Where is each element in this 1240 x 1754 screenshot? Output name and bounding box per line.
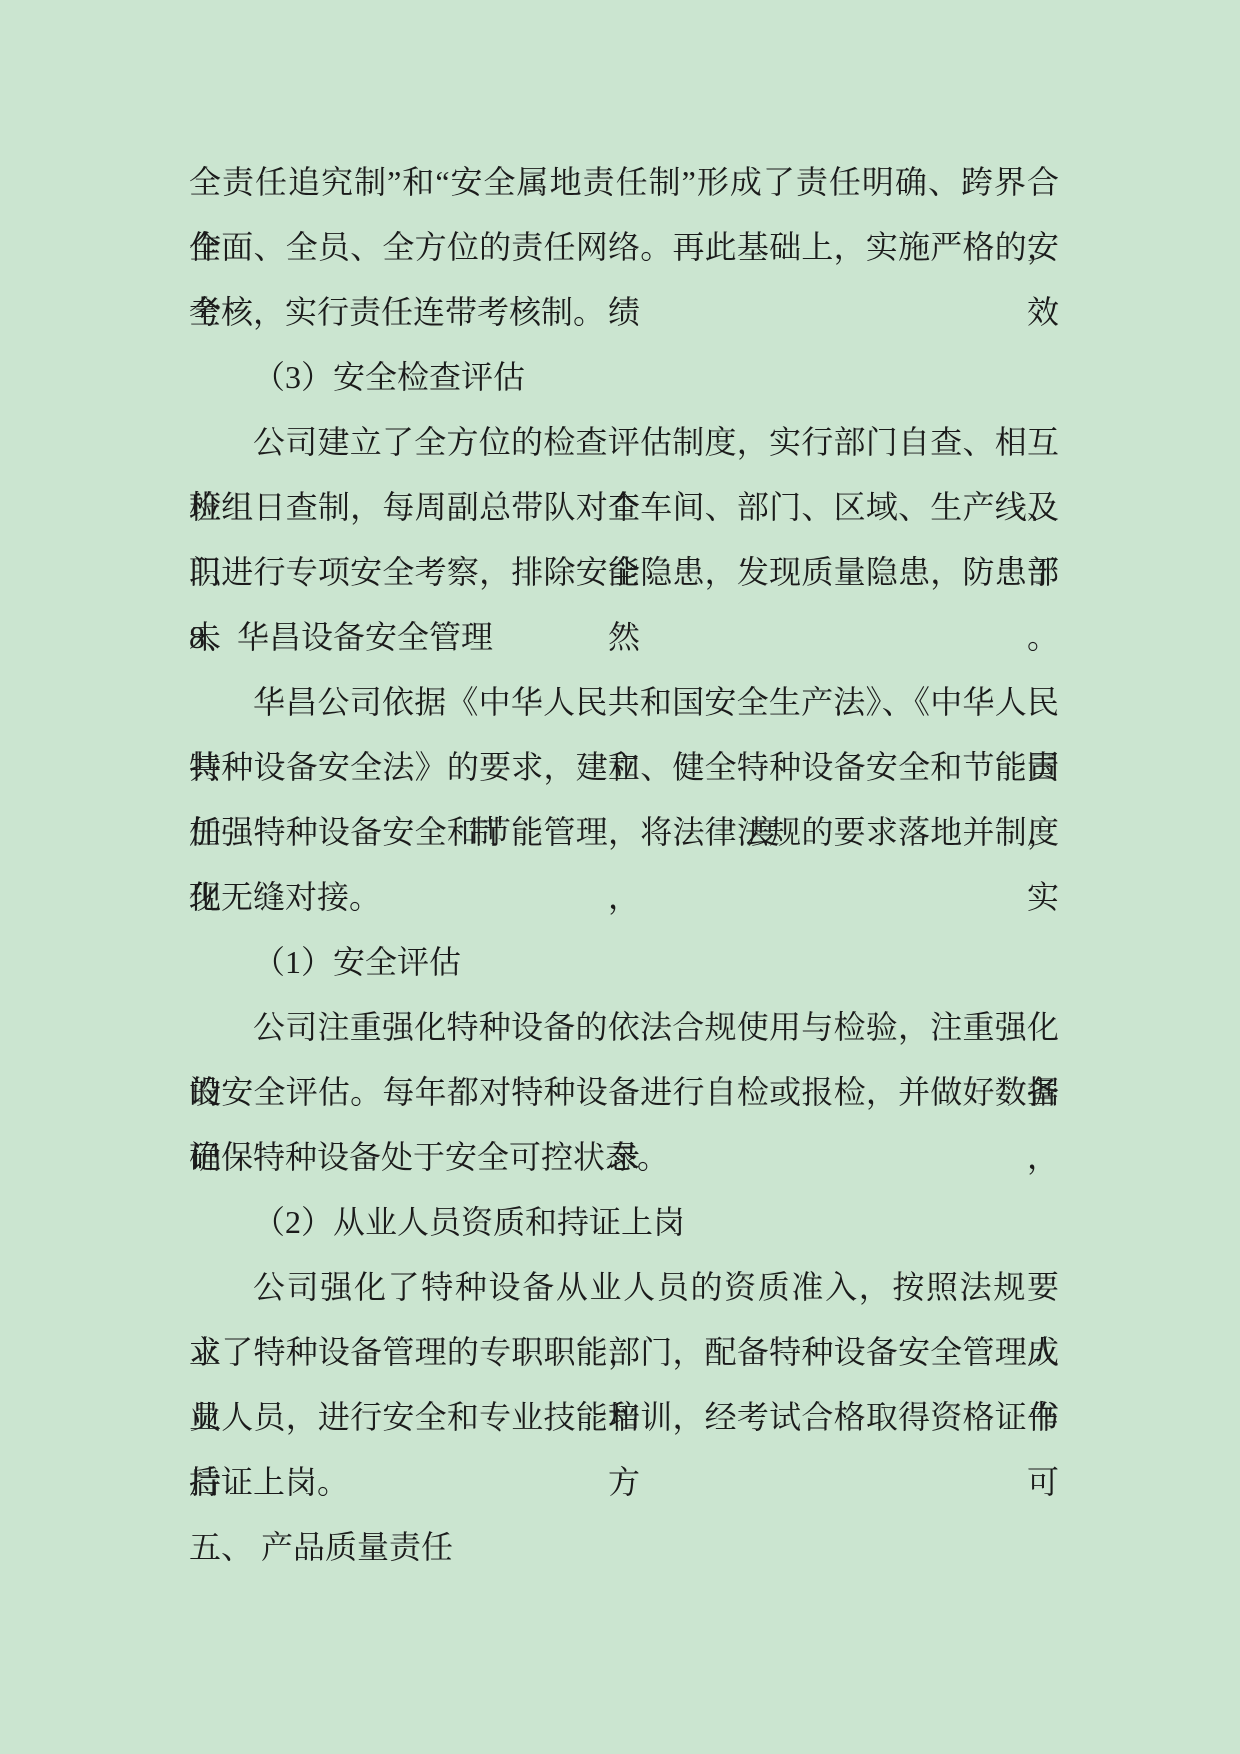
- body-text-line: 的安全评估。每年都对特种设备进行自检或报检，并做好数据记录，: [189, 1060, 1059, 1125]
- document-page: 全责任追究制”和“安全属地责任制”形成了责任明确、跨界合作， 全面、全员、全方位…: [0, 0, 1240, 1754]
- body-text-line: 立了特种设备管理的专职职能部门，配备特种设备安全管理人员和作: [189, 1320, 1059, 1385]
- subsection-heading-safety-assessment: （1）安全评估: [189, 930, 1059, 995]
- body-text-line: 业人员，进行安全和专业技能培训，经考试合格取得资格证书后方可: [189, 1385, 1059, 1450]
- section-heading-product-quality: 五、 产品质量责任: [189, 1515, 1059, 1580]
- body-text-line: 全面、全员、全方位的责任网络。再此基础上，实施严格的安全绩效: [189, 215, 1059, 280]
- body-text-line: 特种设备安全法》的要求，建立、健全特种设备安全和节能责任制度，: [189, 735, 1059, 800]
- subsection-heading-personnel-quals: （2）从业人员资质和持证上岗: [189, 1190, 1059, 1255]
- body-text-line: 公司建立了全方位的检查评估制度，实行部门自查、相互检查、: [189, 410, 1059, 475]
- body-text-line: 全责任追究制”和“安全属地责任制”形成了责任明确、跨界合作，: [189, 150, 1059, 215]
- document-text-block: 全责任追究制”和“安全属地责任制”形成了责任明确、跨界合作， 全面、全员、全方位…: [189, 150, 1059, 1580]
- body-text-line: 公司注重强化特种设备的依法合规使用与检验，注重强化设备: [189, 995, 1059, 1060]
- body-text-line: 加强特种设备安全和节能管理，将法律法规的要求落地并制度化，实: [189, 800, 1059, 865]
- body-text-line: 公司强化了特种设备从业人员的资质准入，按照法规要求，成: [189, 1255, 1059, 1320]
- subsection-heading-safety-inspection: （3）安全检查评估: [189, 345, 1059, 410]
- body-text-line: 华昌公司依据《中华人民共和国安全生产法》、《中华人民共和国: [189, 670, 1059, 735]
- body-text-line: 班组日查制，每周副总带队对个车间、部门、区域、生产线及职能部: [189, 475, 1059, 540]
- body-text-line: 门进行专项安全考察，排除安全隐患，发现质量隐患，防患于未然。: [189, 540, 1059, 605]
